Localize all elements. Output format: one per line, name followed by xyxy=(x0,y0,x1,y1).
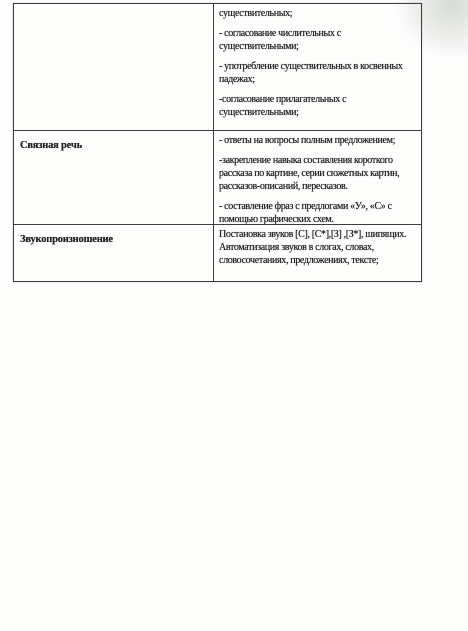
content-paragraph: существительных; xyxy=(219,7,418,20)
row-label-cell: Звукопроизношение xyxy=(14,225,214,281)
row-label-cell xyxy=(14,4,214,130)
content-paragraph: - согласование числительных с существите… xyxy=(219,27,418,53)
content-paragraph: -закрепление навыка составления коротког… xyxy=(219,154,418,193)
content-paragraph: - составление фраз с предлогами «У», «С»… xyxy=(219,200,418,224)
row-label: Звукопроизношение xyxy=(20,234,113,245)
content-paragraph: Постановка звуков [С], [С*],[З] ,[З*], ш… xyxy=(219,228,418,267)
content-paragraph: - употребление существительных в косвенн… xyxy=(219,60,418,86)
table-row: Связная речь- ответы на вопросы полным п… xyxy=(14,131,421,225)
speech-therapy-table: существительных;- согласование числитель… xyxy=(13,3,422,282)
row-content-cell: Постановка звуков [С], [С*],[З] ,[З*], ш… xyxy=(214,225,421,281)
row-content-cell: существительных;- согласование числитель… xyxy=(214,4,421,130)
row-label: Связная речь xyxy=(20,140,82,151)
table-row: существительных;- согласование числитель… xyxy=(14,4,421,131)
row-content-cell: - ответы на вопросы полным предложением;… xyxy=(214,131,421,224)
row-label-cell: Связная речь xyxy=(14,131,214,224)
content-paragraph: -согласование прилагательных с существит… xyxy=(219,93,418,119)
scanned-page: существительных;- согласование числитель… xyxy=(0,0,468,631)
table-row: ЗвукопроизношениеПостановка звуков [С], … xyxy=(14,225,421,281)
content-paragraph: - ответы на вопросы полным предложением; xyxy=(219,134,418,147)
